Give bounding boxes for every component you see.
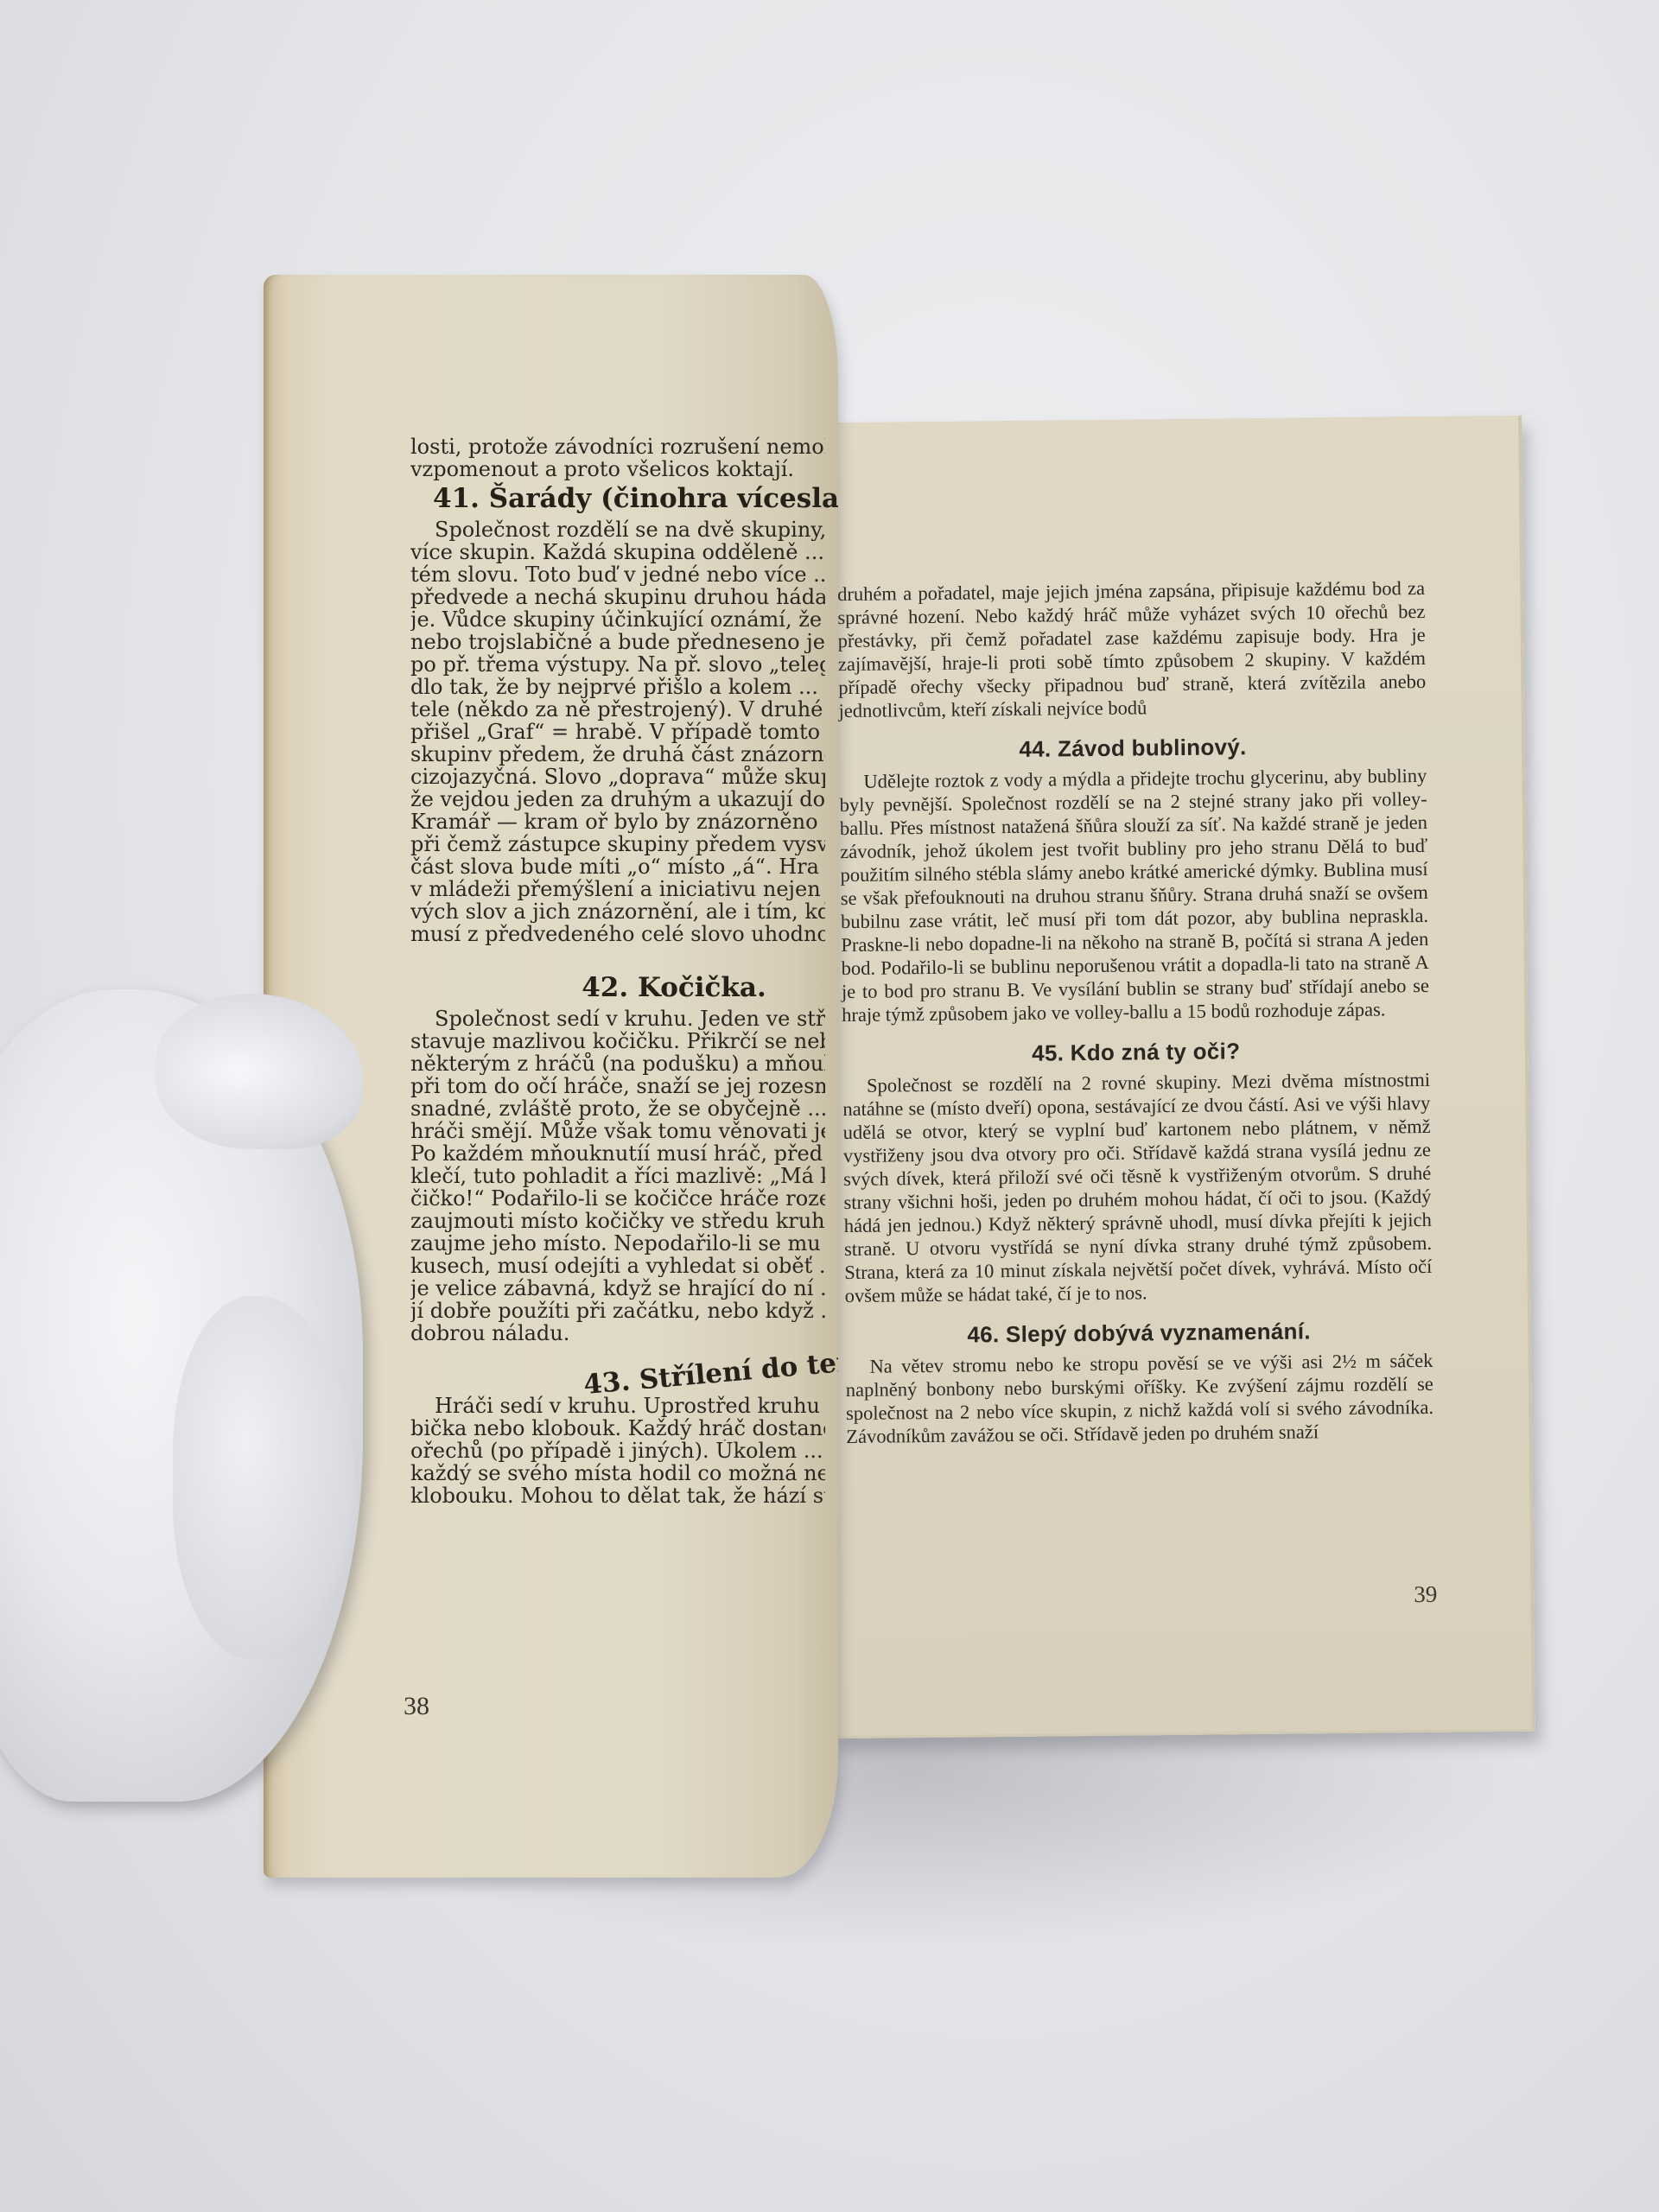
text-line: skupinv předem, že druhá část znázorněna… bbox=[410, 743, 825, 766]
text-line: dlo tak, že by nejprvé přišlo a kolem ..… bbox=[410, 676, 825, 698]
text-line: klobouku. Mohou to dělat tak, že hází st… bbox=[410, 1484, 825, 1507]
text-line: čičko!“ Podařilo-li se kočičce hráče roz… bbox=[410, 1187, 825, 1210]
text-line: tém slovu. Toto buď v jedné nebo více ..… bbox=[410, 563, 825, 586]
section-42-heading: 42. Kočička. bbox=[514, 976, 834, 999]
text-line: cizojazyčná. Slovo „doprava“ může skupin… bbox=[410, 766, 825, 788]
text-line: předvede a nechá skupinu druhou hádat, .… bbox=[410, 586, 825, 608]
text-line: po př. třema výstupy. Na př. slovo „tele… bbox=[410, 653, 825, 676]
text-line: kusech, musí odejíti a vyhledat si oběť … bbox=[410, 1255, 825, 1277]
section-41-heading: 41. Šarády (činohra víceslabičná) bbox=[433, 487, 825, 510]
text-line: každý se svého místa hodil co možná nejv… bbox=[410, 1462, 825, 1484]
text-line: Hráči sedí v kruhu. Uprostřed kruhu ... bbox=[410, 1395, 825, 1417]
text-line: v mládeži přemýšlení a iniciativu nejen … bbox=[410, 878, 825, 900]
text-line: při tom do očí hráče, snaží se jej rozes… bbox=[410, 1075, 825, 1097]
text-line: stavuje mazlivou kočičku. Přikrčí se neb… bbox=[410, 1030, 825, 1052]
carryover-paragraph: druhém a pořadatel, maje jejich jména za… bbox=[837, 576, 1427, 722]
text-line: jí dobře použíti při začátku, nebo když … bbox=[410, 1300, 825, 1322]
text-line: musí z předvedeného celé slovo uhodnouti… bbox=[410, 923, 825, 945]
text-line: hráči smějí. Může však tomu věnovati jen… bbox=[410, 1120, 825, 1142]
text-line: že vejdou jeden za druhým a ukazují do .… bbox=[410, 788, 825, 810]
text-line: zaujme jeho místo. Nepodařilo-li se mu .… bbox=[410, 1232, 825, 1255]
section-46-text: Na větev stromu nebo ke stropu pověsí se… bbox=[845, 1349, 1433, 1448]
right-page: druhém a pořadatel, maje jejich jména za… bbox=[818, 416, 1535, 1738]
page-number-right: 39 bbox=[1414, 1581, 1437, 1608]
section-44-text: Udělejte roztok z vody a mýdla a přidejt… bbox=[839, 764, 1429, 1027]
text-line: Po každém mňouknutíí musí hráč, před ... bbox=[410, 1142, 825, 1165]
text-line: tele (někdo za ně přestrojený). V druhé … bbox=[410, 698, 825, 721]
section-44-heading: 44. Závod bublinový. bbox=[839, 734, 1427, 763]
section-46-heading: 46. Slepý dobývá vyznamenání. bbox=[845, 1319, 1433, 1348]
carryover-line: vzpomenout a proto všelicos koktají. bbox=[410, 458, 825, 480]
text-line: dobrou náladu. bbox=[410, 1322, 825, 1344]
text-line: vých slov a jich znázornění, ale i tím, … bbox=[410, 900, 825, 923]
left-page-text: losti, protože závodníci rozrušení nemoh… bbox=[410, 435, 825, 1507]
section-45-text: Společnost se rozdělí na 2 rovné skupiny… bbox=[842, 1068, 1433, 1307]
section-45-heading: 45. Kdo zná ty oči? bbox=[842, 1038, 1430, 1067]
text-line: ořechů (po případě i jiných). Úkolem ... bbox=[410, 1440, 825, 1462]
section-43-heading: 43. Střílení do terče. bbox=[582, 1353, 825, 1396]
text-line: zaujmouti místo kočičky ve středu kruhu,… bbox=[410, 1210, 825, 1232]
text-line: bička nebo klobouk. Každý hráč dostane .… bbox=[410, 1417, 825, 1440]
text-line: Společnost rozdělí se na dvě skupiny, ..… bbox=[410, 518, 825, 541]
text-line: některým z hráčů (na podušku) a mňouká .… bbox=[410, 1052, 825, 1075]
text-line: snadné, zvláště proto, že se obyčejně ..… bbox=[410, 1097, 825, 1120]
text-line: je velice zábavná, když se hrající do ní… bbox=[410, 1277, 825, 1300]
text-line: při čemž zástupce skupiny předem vysvětl… bbox=[410, 833, 825, 855]
text-line: Společnost sedí v kruhu. Jeden ve středu… bbox=[410, 1007, 825, 1030]
text-line: více skupin. Každá skupina odděleně ... bbox=[410, 541, 825, 563]
right-page-text: druhém a pořadatel, maje jejich jména za… bbox=[837, 576, 1433, 1448]
page-number-left: 38 bbox=[404, 1692, 429, 1721]
carryover-line: losti, protože závodníci rozrušení nemoh… bbox=[410, 435, 825, 458]
text-line: klečí, tuto pohladit a říci mazlivě: „Má… bbox=[410, 1165, 825, 1187]
text-line: nebo trojslabičné a bude předneseno jedn… bbox=[410, 631, 825, 653]
text-line: přišel „Graf“ = hrabě. V případě tomto .… bbox=[410, 721, 825, 743]
text-line: je. Vůdce skupiny účinkující oznámí, že … bbox=[410, 608, 825, 631]
text-line: Kramář — kram oř bylo by znázorněno kr..… bbox=[410, 810, 825, 833]
text-line: část slova bude míti „o“ místo „á“. Hra … bbox=[410, 855, 825, 878]
